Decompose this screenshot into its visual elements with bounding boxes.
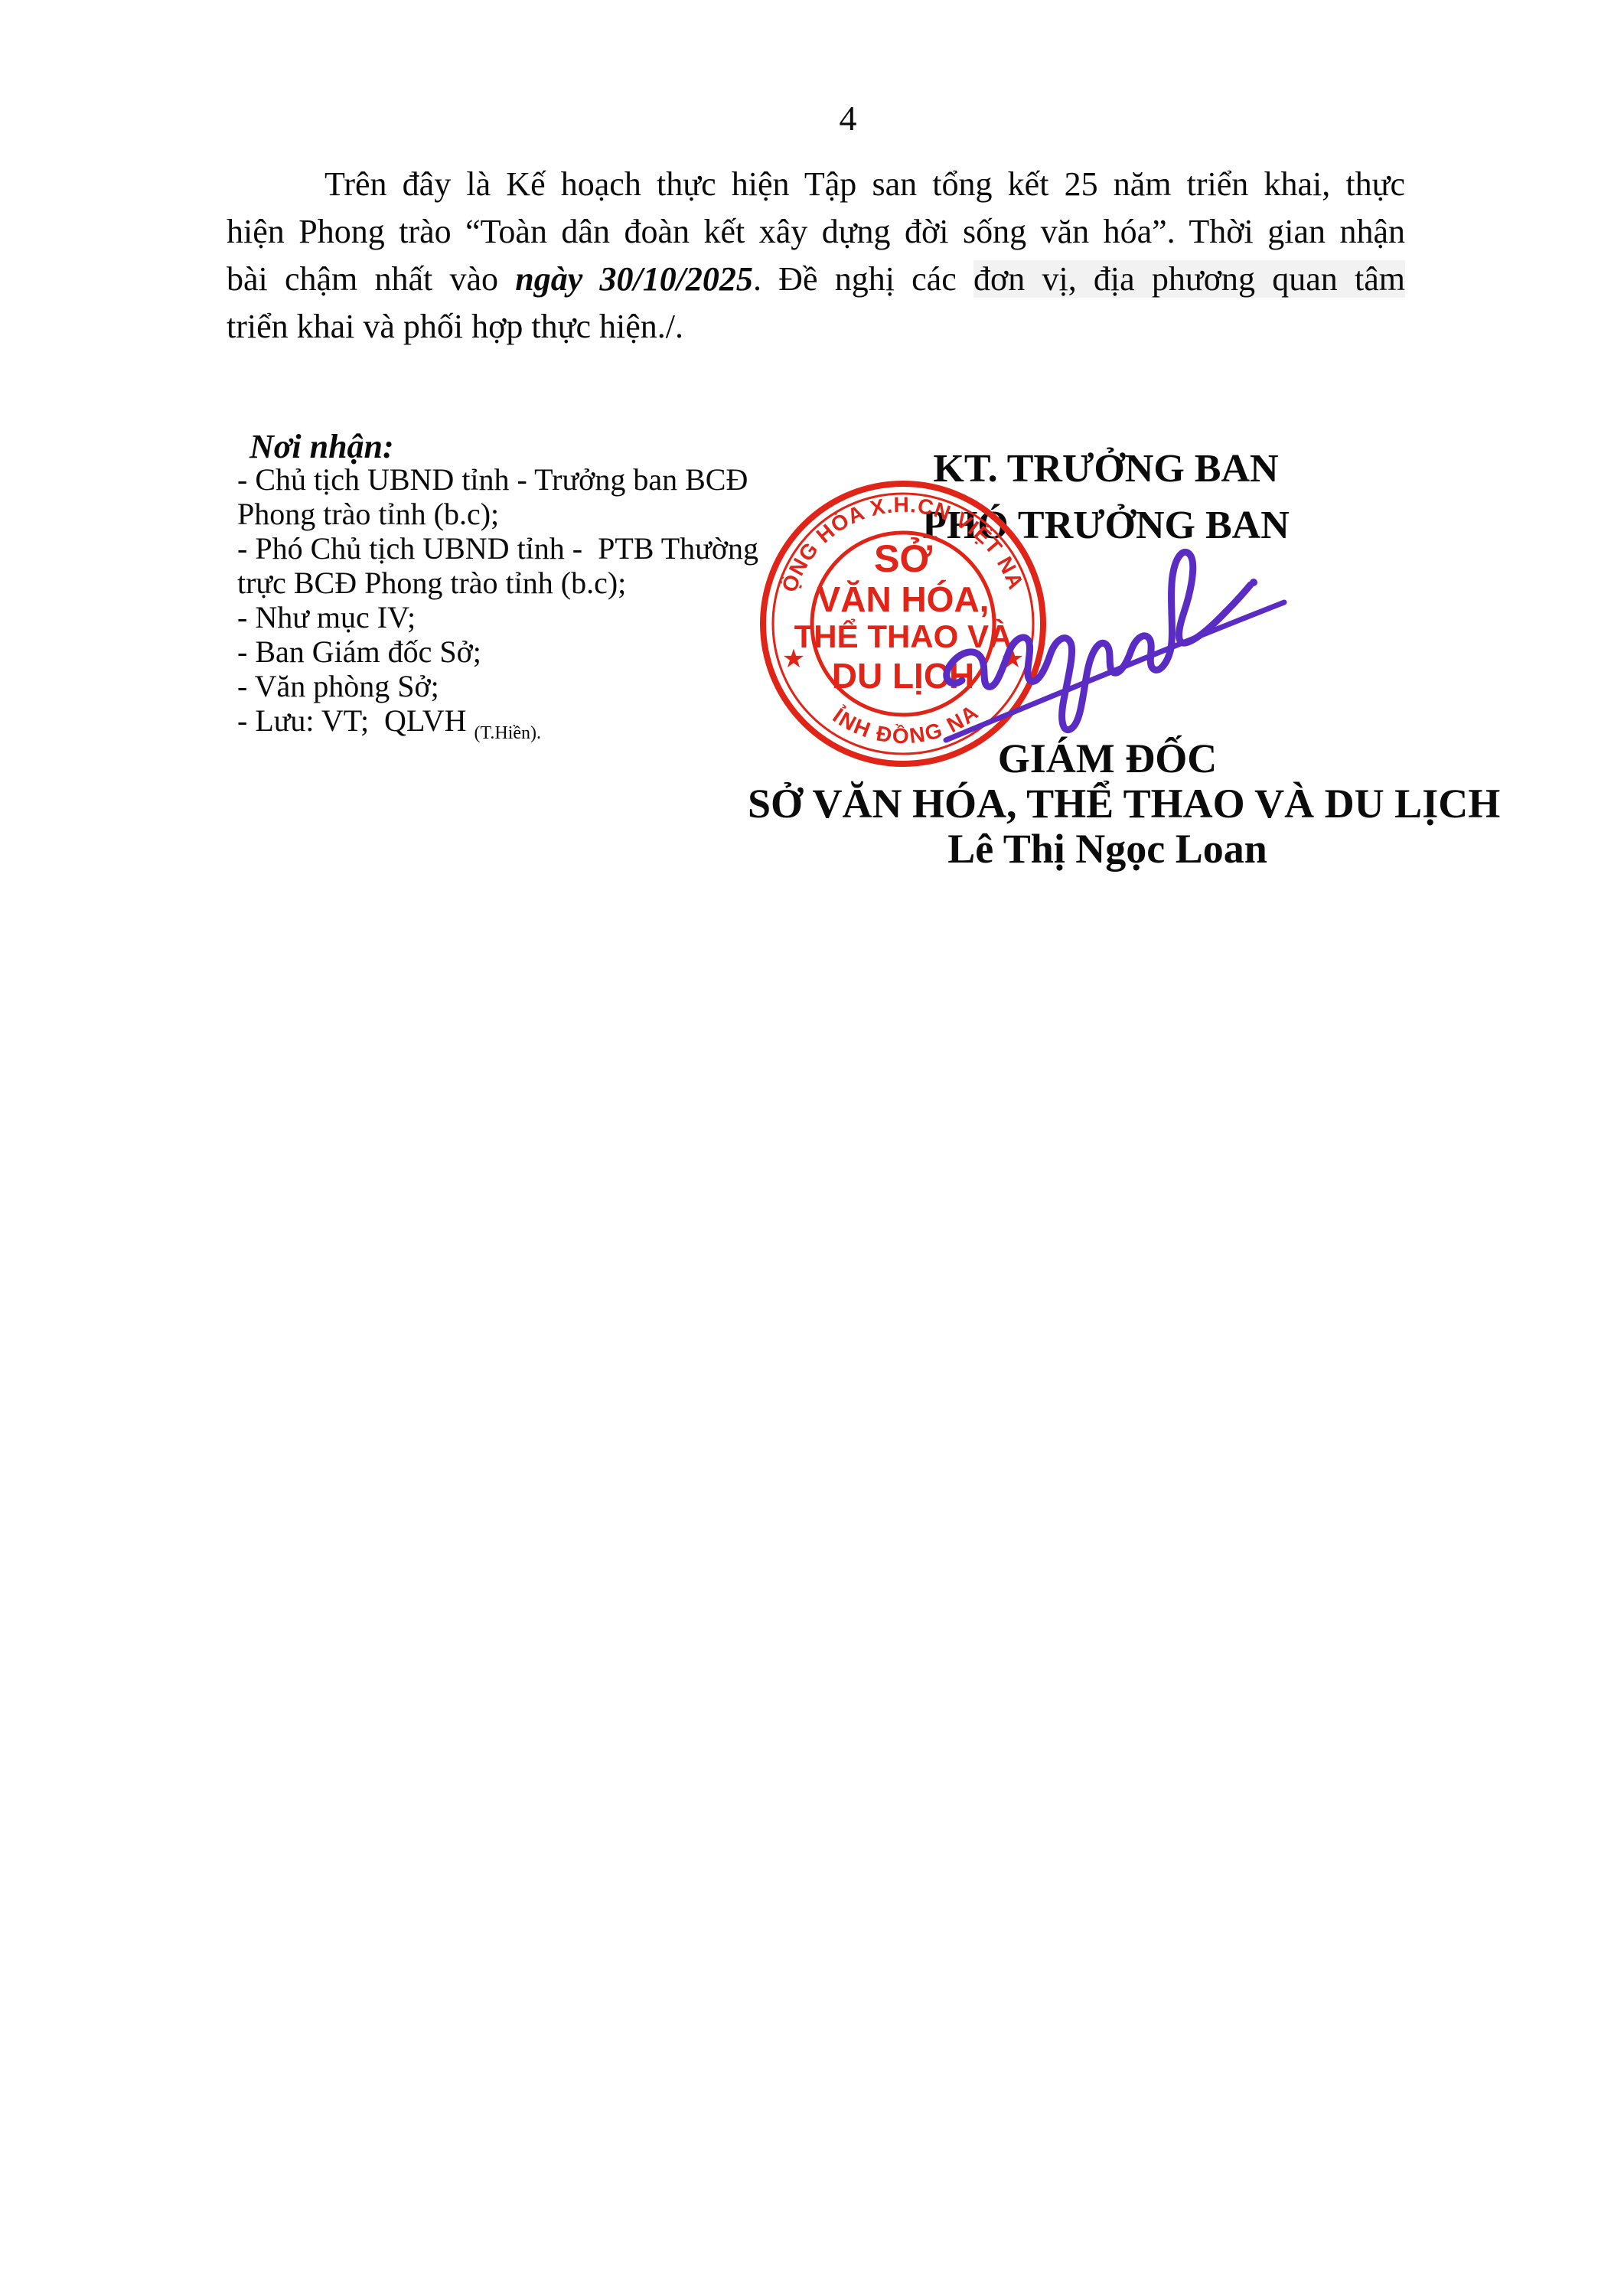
signature-end-dot — [1250, 579, 1257, 586]
scan-highlight-artifact: đơn vị, địa phương quan tâm — [973, 260, 1405, 298]
recipient-line: - Như mục IV; — [237, 600, 819, 634]
recipient-line: trực BCĐ Phong trào tỉnh (b.c); — [237, 566, 819, 600]
paragraph-text: Trên đây là Kế hoạch thực hiện Tập san t… — [324, 165, 1405, 203]
paragraph-line-2: hiện Phong trào “Toàn dân đoàn kết xây d… — [227, 208, 1405, 256]
paragraph-text: bài chậm nhất vào — [227, 260, 515, 298]
deadline-date: ngày 30/10/2025 — [515, 260, 753, 298]
clerk-initials-note: (T.Hiền). — [474, 723, 541, 743]
document-page: 4 Trên đây là Kế hoạch thực hiện Tập san… — [0, 0, 1624, 2296]
paragraph-text: triển khai và phối hợp thực hiện./. — [227, 308, 683, 345]
recipient-line: - Phó Chủ tịch UBND tỉnh - PTB Thường — [237, 531, 819, 566]
signer-name: Lê Thị Ngọc Loan — [748, 827, 1467, 872]
recipient-line: - Ban Giám đốc Sở; — [237, 634, 819, 669]
recipient-line: Phong trào tỉnh (b.c); — [237, 497, 819, 531]
recipient-line: - Văn phòng Sở; — [237, 669, 819, 703]
paragraph-text: hiện Phong trào “Toàn dân đoàn kết xây d… — [227, 213, 1405, 250]
handwritten-signature — [918, 528, 1309, 758]
paragraph-line-3: bài chậm nhất vào ngày 30/10/2025. Đề ng… — [227, 256, 1405, 303]
paragraph-line-1: Trên đây là Kế hoạch thực hiện Tập san t… — [227, 161, 1405, 208]
paragraph-line-4: triển khai và phối hợp thực hiện./. — [227, 303, 1405, 351]
recipient-line: - Chủ tịch UBND tỉnh - Trưởng ban BCĐ — [237, 462, 819, 497]
paragraph-text: . Đề nghị các — [753, 260, 973, 298]
page-number: 4 — [840, 98, 857, 139]
director-organization: SỞ VĂN HÓA, THỂ THAO VÀ DU LỊCH — [748, 781, 1467, 827]
recipients-heading: Nơi nhận: — [249, 427, 394, 466]
archive-text: - Lưu: VT; QLVH — [237, 703, 474, 738]
signature-scrawl-stroke — [947, 552, 1251, 729]
recipient-line-archive: - Lưu: VT; QLVH (T.Hiền). — [237, 703, 819, 743]
recipients-list: - Chủ tịch UBND tỉnh - Trưởng ban BCĐ Ph… — [237, 462, 819, 743]
